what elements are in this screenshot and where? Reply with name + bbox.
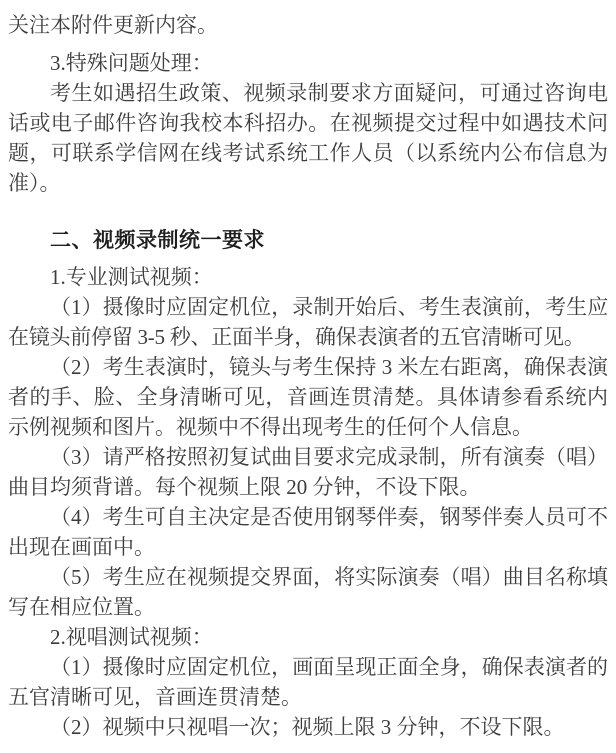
paragraph-continuation: 关注本附件更新内容。 (8, 10, 608, 40)
subsection-2-item-2: （2）视频中只视唱一次；视频上限 3 分钟，不设下限。 (8, 712, 608, 742)
subsection-1-item-1: （1）摄像时应固定机位，录制开始后、考生表演前，考生应在镜头前停留 3-5 秒、… (8, 292, 608, 352)
special-issues-label: 3.特殊问题处理： (8, 48, 608, 78)
document-page: 关注本附件更新内容。 3.特殊问题处理： 考生如遇招生政策、视频录制要求方面疑问… (0, 0, 616, 753)
subsection-2-label-sight-singing-test-video: 2.视唱测试视频： (8, 622, 608, 652)
subsection-2-item-1: （1）摄像时应固定机位，画面呈现正面全身，确保表演者的五官清晰可见，音画连贯清楚… (8, 652, 608, 712)
subsection-1-item-5: （5）考生应在视频提交界面，将实际演奏（唱）曲目名称填写在相应位置。 (8, 562, 608, 622)
section-heading-video-recording-requirements: 二、视频录制统一要求 (8, 226, 608, 256)
subsection-1-label-professional-test-video: 1.专业测试视频： (8, 262, 608, 292)
subsection-1-item-3: （3）请严格按照初复试曲目要求完成录制，所有演奏（唱）曲目均须背谱。每个视频上限… (8, 442, 608, 502)
subsection-1-item-4: （4）考生可自主决定是否使用钢琴伴奏，钢琴伴奏人员可不出现在画面中。 (8, 502, 608, 562)
special-issues-body: 考生如遇招生政策、视频录制要求方面疑问，可通过咨询电话或电子邮件咨询我校本科招办… (8, 78, 608, 198)
subsection-1-item-2: （2）考生表演时，镜头与考生保持 3 米左右距离，确保表演者的手、脸、全身清晰可… (8, 352, 608, 442)
